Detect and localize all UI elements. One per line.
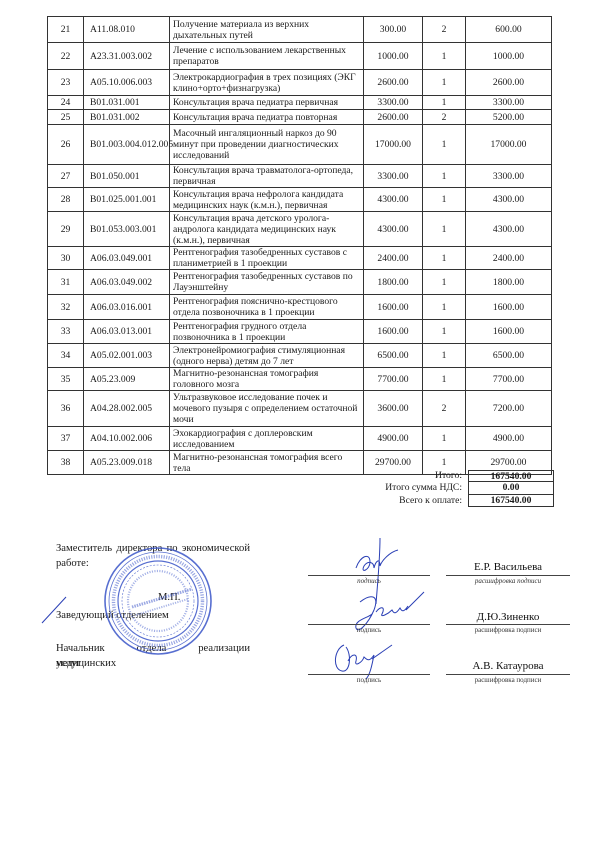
line-total-cell: 1000.00	[466, 43, 552, 70]
quantity-cell: 1	[423, 70, 466, 96]
grand-total-value: 167540.00	[468, 495, 554, 507]
totals-block: Итого: 167540.00 Итого сумма НДС: 0.00 В…	[300, 470, 554, 507]
totals-grand-row: Всего к оплате: 167540.00	[300, 495, 554, 507]
table-row: 32A06.03.016.001Рентгенография пояснично…	[48, 295, 552, 320]
line-total-cell: 7200.00	[466, 391, 552, 427]
vat-label: Итого сумма НДС:	[300, 482, 468, 494]
service-name-cell: Консультация врача педиатра повторная	[170, 110, 364, 125]
row-number-cell: 28	[48, 188, 84, 212]
service-code-cell: A06.03.013.001	[84, 320, 170, 344]
row-number-cell: 31	[48, 270, 84, 295]
table-row: 23A05.10.006.003Электрокардиография в тр…	[48, 70, 552, 96]
row-number-cell: 26	[48, 125, 84, 165]
services-table: 21A11.08.010Получение материала из верхн…	[47, 16, 552, 475]
service-name-cell: Консультация врача детского уролога-андр…	[170, 212, 364, 247]
signature-2-line	[308, 624, 430, 625]
vat-value: 0.00	[468, 482, 554, 494]
line-total-cell: 2600.00	[466, 70, 552, 96]
table-row: 37A04.10.002.006Эхокардиография с доплер…	[48, 427, 552, 451]
quantity-cell: 2	[423, 391, 466, 427]
signature-3-caption: подпись	[308, 676, 430, 684]
quantity-cell: 1	[423, 125, 466, 165]
quantity-cell: 1	[423, 188, 466, 212]
unit-price-cell: 1000.00	[364, 43, 423, 70]
quantity-cell: 2	[423, 17, 466, 43]
quantity-cell: 1	[423, 295, 466, 320]
signature-1-icon	[350, 538, 410, 608]
quantity-cell: 1	[423, 96, 466, 110]
quantity-cell: 1	[423, 320, 466, 344]
signature-2-caption: подпись	[308, 626, 430, 634]
service-name-cell: Электронейромиография стимуляционная (од…	[170, 344, 364, 368]
signature-3-line	[308, 674, 430, 675]
row-number-cell: 36	[48, 391, 84, 427]
line-total-cell: 7700.00	[466, 368, 552, 391]
service-name-cell: Ультразвуковое исследование почек и моче…	[170, 391, 364, 427]
line-total-cell: 6500.00	[466, 344, 552, 368]
service-name-cell: Получение материала из верхних дыхательн…	[170, 17, 364, 43]
unit-price-cell: 2600.00	[364, 110, 423, 125]
unit-price-cell: 3300.00	[364, 96, 423, 110]
line-total-cell: 600.00	[466, 17, 552, 43]
signer-2-name: Д.Ю.Зиненко	[446, 611, 570, 623]
stamp-mark-label: М.П.	[158, 592, 180, 603]
signer-3-name: А.В. Катаурова	[446, 660, 570, 672]
service-code-cell: B01.025.001.001	[84, 188, 170, 212]
subtotal-label: Итого:	[300, 470, 468, 482]
signer-2-name-line	[446, 624, 570, 625]
row-number-cell: 29	[48, 212, 84, 247]
line-total-cell: 3300.00	[466, 165, 552, 188]
service-code-cell: A06.03.049.001	[84, 247, 170, 270]
line-total-cell: 4300.00	[466, 212, 552, 247]
table-row: 25B01.031.002Консультация врача педиатра…	[48, 110, 552, 125]
signer-1-name-caption: расшифровка подписи	[446, 577, 570, 585]
quantity-cell: 1	[423, 368, 466, 391]
service-name-cell: Рентгенография тазобедренных суставов по…	[170, 270, 364, 295]
signer-2-name-caption: расшифровка подписи	[446, 626, 570, 634]
line-total-cell: 17000.00	[466, 125, 552, 165]
signer-3-name-line	[446, 674, 570, 675]
signature-1-line	[308, 575, 430, 576]
service-code-cell: A23.31.003.002	[84, 43, 170, 70]
row-number-cell: 22	[48, 43, 84, 70]
signer-2-role: Заведующий отделением	[56, 608, 169, 623]
table-row: 30A06.03.049.001Рентгенография тазобедре…	[48, 247, 552, 270]
unit-price-cell: 1600.00	[364, 295, 423, 320]
row-number-cell: 24	[48, 96, 84, 110]
service-name-cell: Электрокардиография в трех позициях (ЭКГ…	[170, 70, 364, 96]
unit-price-cell: 6500.00	[364, 344, 423, 368]
table-row: 27B01.050.001Консультация врача травмато…	[48, 165, 552, 188]
service-name-cell: Масочный ингаляционный наркоз до 90 мину…	[170, 125, 364, 165]
unit-price-cell: 4900.00	[364, 427, 423, 451]
totals-subtotal-row: Итого: 167540.00	[300, 470, 554, 482]
unit-price-cell: 2600.00	[364, 70, 423, 96]
service-code-cell: B01.031.002	[84, 110, 170, 125]
service-code-cell: A06.03.016.001	[84, 295, 170, 320]
quantity-cell: 1	[423, 247, 466, 270]
row-number-cell: 38	[48, 451, 84, 475]
row-number-cell: 23	[48, 70, 84, 96]
service-code-cell: A05.10.006.003	[84, 70, 170, 96]
signer-1-role-cont: работе:	[56, 556, 89, 571]
signer-1-name-line	[446, 575, 570, 576]
unit-price-cell: 3300.00	[364, 165, 423, 188]
signer-1-role: Заместитель директора по экономической	[56, 541, 250, 556]
row-number-cell: 33	[48, 320, 84, 344]
quantity-cell: 1	[423, 212, 466, 247]
line-total-cell: 4900.00	[466, 427, 552, 451]
line-total-cell: 1600.00	[466, 295, 552, 320]
service-code-cell: B01.053.003.001	[84, 212, 170, 247]
row-number-cell: 21	[48, 17, 84, 43]
quantity-cell: 1	[423, 427, 466, 451]
unit-price-cell: 7700.00	[364, 368, 423, 391]
table-row: 36A04.28.002.005Ультразвуковое исследова…	[48, 391, 552, 427]
service-code-cell: A04.10.002.006	[84, 427, 170, 451]
services-table-body: 21A11.08.010Получение материала из верхн…	[48, 17, 552, 475]
unit-price-cell: 17000.00	[364, 125, 423, 165]
service-code-cell: A05.02.001.003	[84, 344, 170, 368]
table-row: 34A05.02.001.003Электронейромиография ст…	[48, 344, 552, 368]
signer-1-name: Е.Р. Васильева	[446, 561, 570, 573]
service-code-cell: A11.08.010	[84, 17, 170, 43]
table-row: 21A11.08.010Получение материала из верхн…	[48, 17, 552, 43]
table-row: 28B01.025.001.001Консультация врача нефр…	[48, 188, 552, 212]
service-name-cell: Консультация врача нефролога кандидата м…	[170, 188, 364, 212]
quantity-cell: 1	[423, 270, 466, 295]
table-row: 35A05.23.009Магнитно-резонансная томогра…	[48, 368, 552, 391]
unit-price-cell: 1600.00	[364, 320, 423, 344]
unit-price-cell: 4300.00	[364, 212, 423, 247]
service-name-cell: Магнитно-резонансная томография головног…	[170, 368, 364, 391]
quantity-cell: 2	[423, 110, 466, 125]
unit-price-cell: 3600.00	[364, 391, 423, 427]
table-row: 31A06.03.049.002Рентгенография тазобедре…	[48, 270, 552, 295]
totals-vat-row: Итого сумма НДС: 0.00	[300, 482, 554, 494]
quantity-cell: 1	[423, 344, 466, 368]
quantity-cell: 1	[423, 43, 466, 70]
service-code-cell: A04.28.002.005	[84, 391, 170, 427]
service-code-cell: B01.003.004.012.005	[84, 125, 170, 165]
signature-1-caption: подпись	[308, 577, 430, 585]
row-number-cell: 30	[48, 247, 84, 270]
service-name-cell: Консультация врача педиатра первичная	[170, 96, 364, 110]
unit-price-cell: 300.00	[364, 17, 423, 43]
service-code-cell: A05.23.009	[84, 368, 170, 391]
service-code-cell: A06.03.049.002	[84, 270, 170, 295]
unit-price-cell: 1800.00	[364, 270, 423, 295]
line-total-cell: 3300.00	[466, 96, 552, 110]
table-row: 22A23.31.003.002Лечение с использованием…	[48, 43, 552, 70]
quantity-cell: 1	[423, 165, 466, 188]
line-total-cell: 5200.00	[466, 110, 552, 125]
unit-price-cell: 2400.00	[364, 247, 423, 270]
row-number-cell: 32	[48, 295, 84, 320]
row-number-cell: 34	[48, 344, 84, 368]
line-total-cell: 2400.00	[466, 247, 552, 270]
service-name-cell: Рентгенография тазобедренных суставов с …	[170, 247, 364, 270]
row-number-cell: 25	[48, 110, 84, 125]
line-total-cell: 4300.00	[466, 188, 552, 212]
unit-price-cell: 4300.00	[364, 188, 423, 212]
row-number-cell: 35	[48, 368, 84, 391]
table-row: 33A06.03.013.001Рентгенография грудного …	[48, 320, 552, 344]
line-total-cell: 1600.00	[466, 320, 552, 344]
service-name-cell: Консультация врача травматолога-ортопеда…	[170, 165, 364, 188]
row-number-cell: 27	[48, 165, 84, 188]
line-total-cell: 1800.00	[466, 270, 552, 295]
service-code-cell: B01.050.001	[84, 165, 170, 188]
table-row: 26B01.003.004.012.005Масочный ингаляцион…	[48, 125, 552, 165]
service-code-cell: A05.23.009.018	[84, 451, 170, 475]
signer-3-name-caption: расшифровка подписи	[446, 676, 570, 684]
row-number-cell: 37	[48, 427, 84, 451]
service-name-cell: Рентгенография грудного отдела позвоночн…	[170, 320, 364, 344]
service-name-cell: Эхокардиография с доплеровским исследова…	[170, 427, 364, 451]
service-code-cell: B01.031.001	[84, 96, 170, 110]
subtotal-value: 167540.00	[468, 470, 554, 482]
signer-3-role: Начальник отдела реализации медицинских	[56, 641, 250, 671]
service-name-cell: Лечение с использованием лекарственных п…	[170, 43, 364, 70]
table-row: 29B01.053.003.001Консультация врача детс…	[48, 212, 552, 247]
service-name-cell: Рентгенография пояснично-крестцового отд…	[170, 295, 364, 320]
signer-3-role-cont: услуг	[56, 656, 81, 671]
grand-total-label: Всего к оплате:	[300, 495, 468, 507]
table-row: 24B01.031.001Консультация врача педиатра…	[48, 96, 552, 110]
